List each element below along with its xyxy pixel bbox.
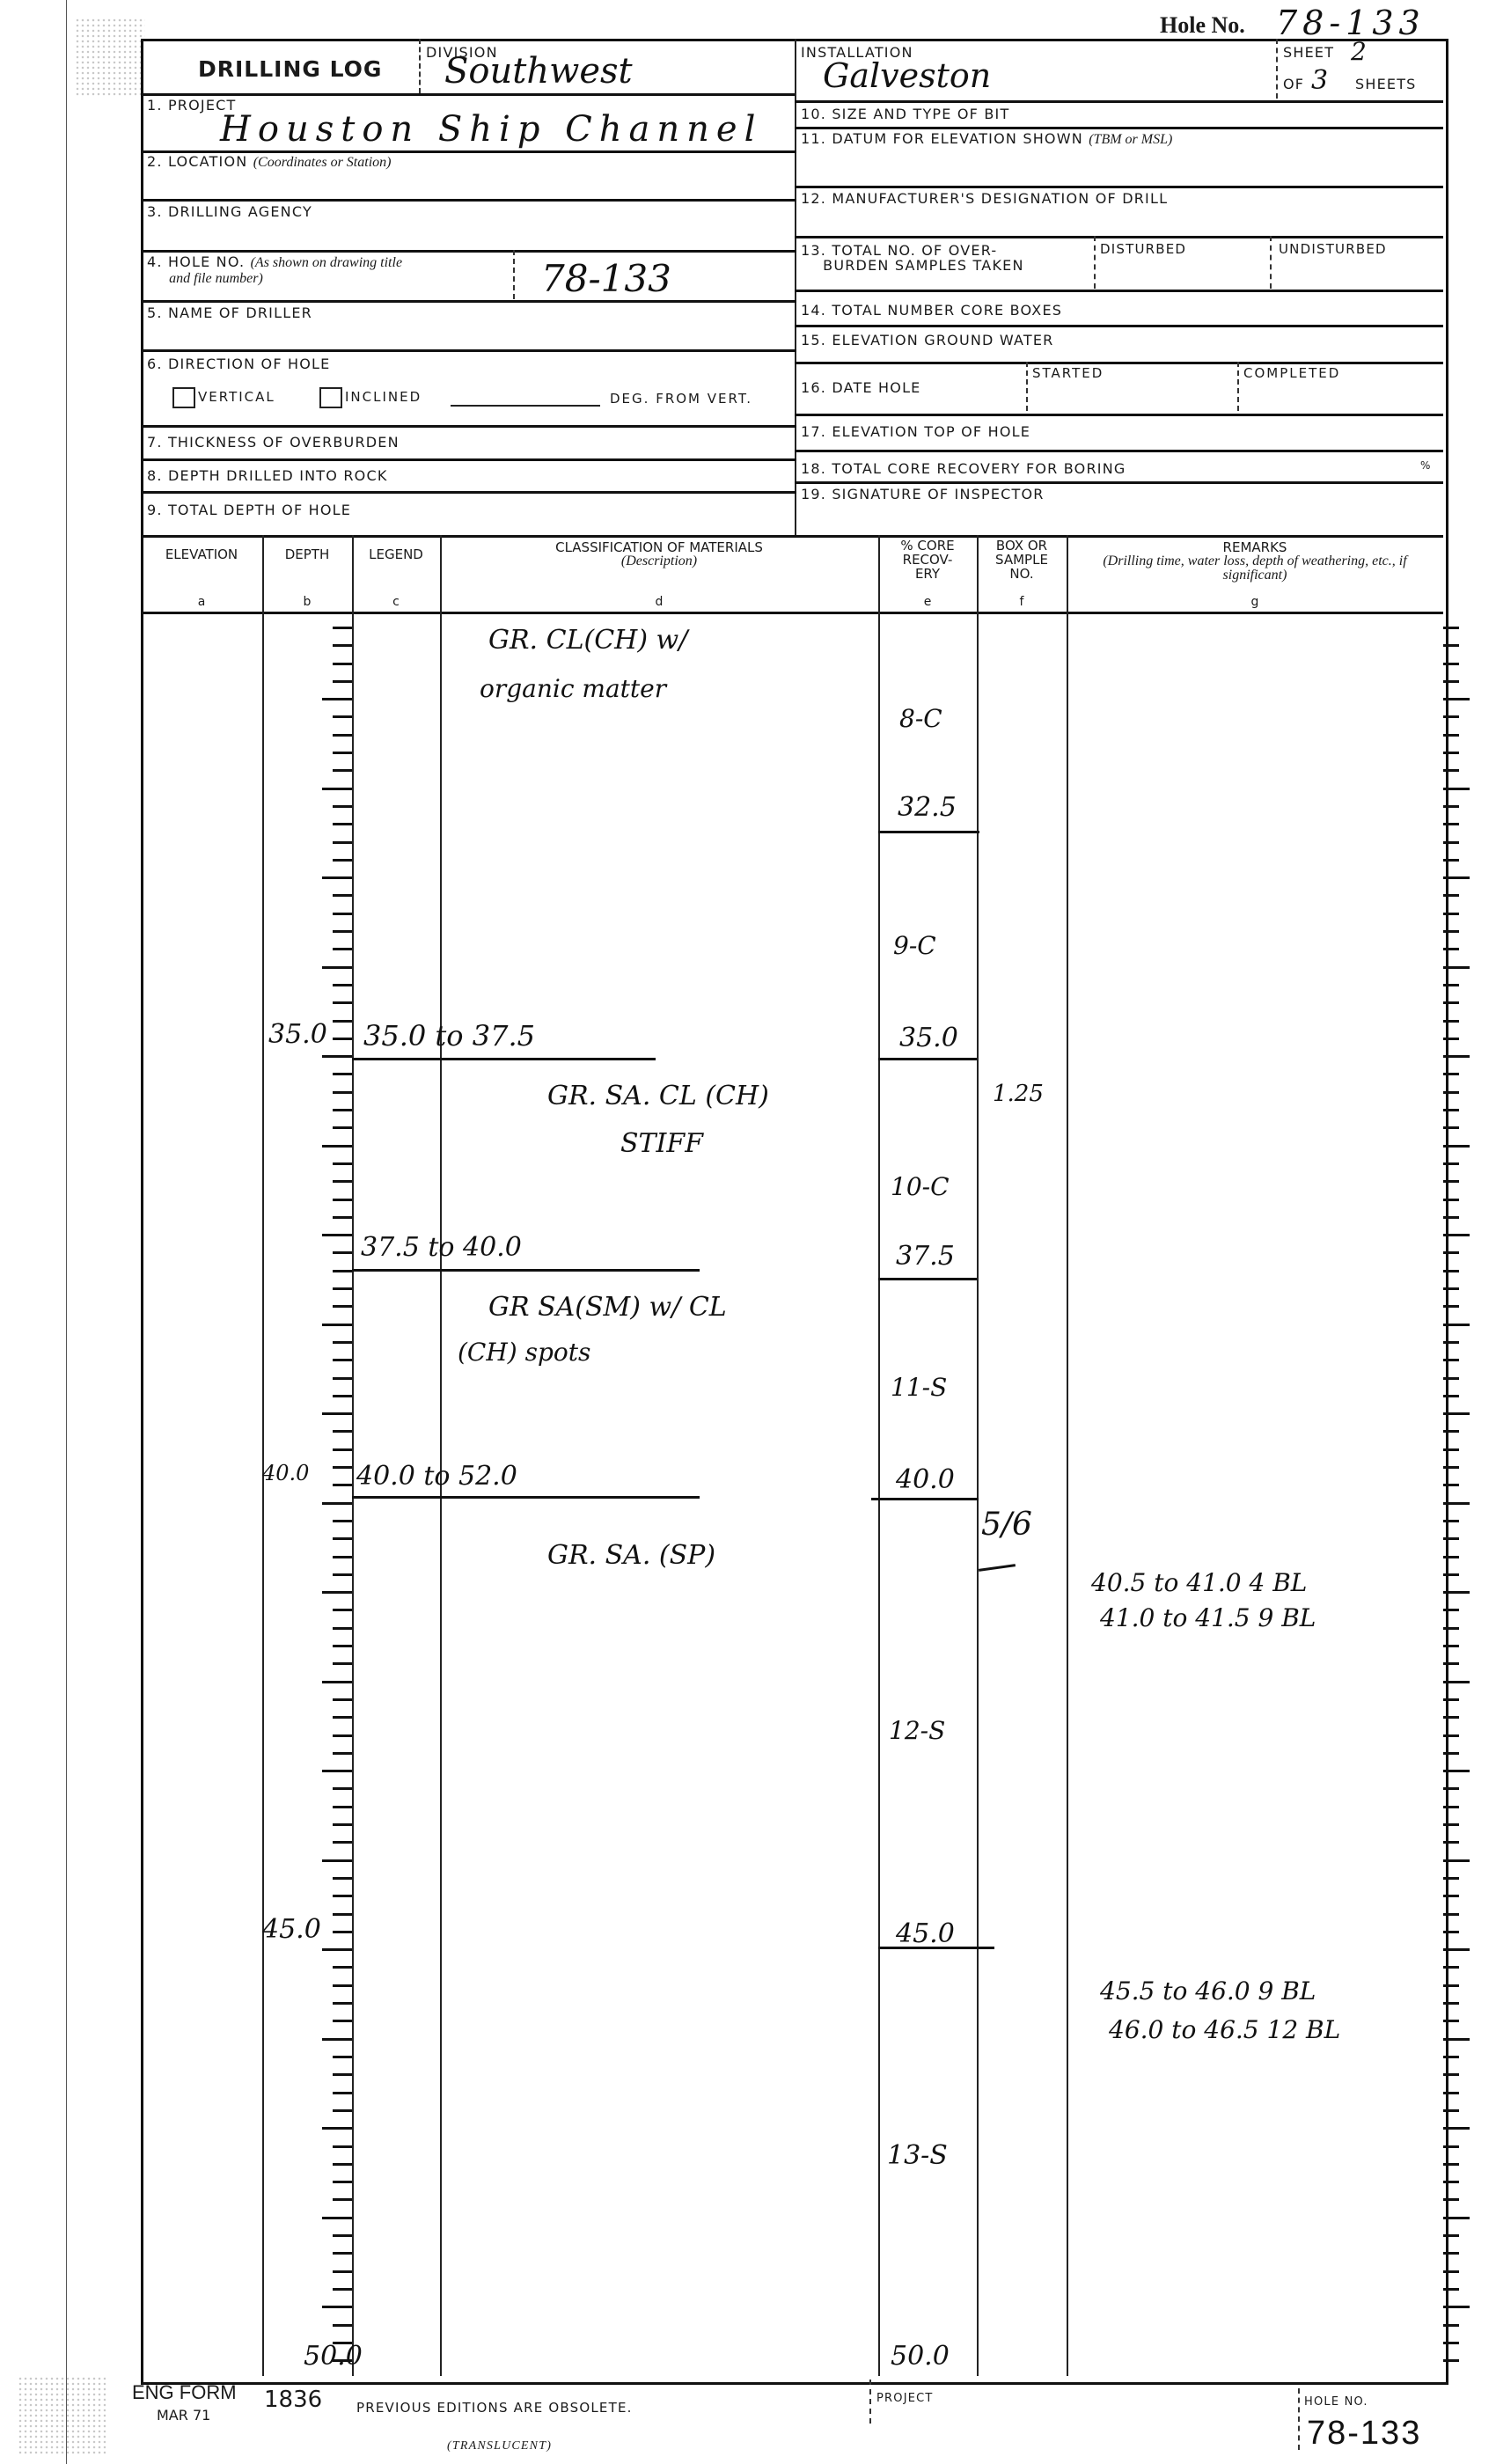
depth-ruler-tick xyxy=(333,1984,352,1987)
completed-label: COMPLETED xyxy=(1243,365,1340,381)
column-subtitle: (Drilling time, water loss, depth of wea… xyxy=(1067,554,1443,583)
recovery-entry: 45.0 xyxy=(896,1918,955,1949)
remarks-ruler-tick xyxy=(1443,1734,1459,1737)
remarks-ruler-tick xyxy=(1443,2252,1459,2255)
remarks-ruler-tick xyxy=(1443,1502,1470,1505)
location-label: 2. LOCATION (Coordinates or Station) xyxy=(147,153,391,171)
column-title: LEGEND xyxy=(352,547,440,561)
depth-ruler-tick xyxy=(333,663,352,665)
translucent-note: (TRANSLUCENT) xyxy=(447,2439,552,2453)
divider xyxy=(795,414,1443,416)
remarks-ruler-tick xyxy=(1443,1234,1470,1236)
remarks-ruler-tick xyxy=(1443,1020,1459,1023)
remarks-ruler-tick xyxy=(1443,715,1459,718)
classification-line: STIFF xyxy=(620,1128,703,1159)
depth-ruler-tick xyxy=(333,913,352,915)
classification-line: GR. SA. (SP) xyxy=(547,1540,715,1571)
recovery-entry: 11-S xyxy=(891,1373,947,1402)
remarks-ruler-tick xyxy=(1443,841,1459,844)
remarks-ruler-tick xyxy=(1443,1948,1470,1951)
column-header: CLASSIFICATION OF MATERIALS(Description)… xyxy=(440,539,878,611)
remarks-ruler-tick xyxy=(1443,1984,1459,1987)
manufacturer-label: 12. MANUFACTURER'S DESIGNATION OF DRILL xyxy=(801,190,1168,207)
depth-ruler-tick xyxy=(333,930,352,933)
depth-ruler-tick xyxy=(333,2198,352,2201)
depth-ruler-tick xyxy=(322,1055,352,1058)
scan-artifact xyxy=(18,2376,106,2455)
remarks-ruler-tick xyxy=(1443,1556,1459,1558)
depth-ruler-tick xyxy=(333,1734,352,1737)
recovery-entry: 12-S xyxy=(889,1716,945,1745)
divider xyxy=(513,250,515,299)
depth-ruler-tick xyxy=(333,1430,352,1433)
divider xyxy=(141,535,1443,538)
depth-ruler-tick xyxy=(333,2252,352,2255)
interval-boundary xyxy=(352,1058,656,1060)
remarks-ruler-tick xyxy=(1443,966,1470,969)
depth-ruler-tick xyxy=(333,841,352,844)
remark-line: 40.5 to 41.0 4 BL xyxy=(1091,1568,1307,1597)
depth-mark-35: 35.0 xyxy=(268,1019,327,1050)
depth-ruler-tick xyxy=(333,1126,352,1129)
column-letter: g xyxy=(1067,595,1443,609)
depth-ruler-tick xyxy=(333,2109,352,2112)
depth-ruler-tick xyxy=(333,1162,352,1165)
remarks-ruler-tick xyxy=(1443,1270,1459,1272)
depth-ruler-tick xyxy=(322,876,352,879)
depth-ruler-tick xyxy=(333,1895,352,1897)
remark-line: 45.5 to 46.0 9 BL xyxy=(1100,1976,1316,2006)
remarks-ruler-tick xyxy=(1443,2002,1459,2005)
remarks-ruler-tick xyxy=(1443,1412,1470,1415)
depth-ruler-tick xyxy=(333,1251,352,1254)
depth-ruler-tick xyxy=(333,2002,352,2005)
column-letter: f xyxy=(977,595,1067,609)
depth-ruler-tick xyxy=(333,2145,352,2148)
depth-ruler-tick xyxy=(333,715,352,718)
depth-ruler-tick xyxy=(322,788,352,790)
started-label: STARTED xyxy=(1032,365,1104,381)
footer-project-label: PROJECT xyxy=(876,2392,934,2405)
remarks-ruler-tick xyxy=(1443,627,1459,629)
divider xyxy=(1094,236,1096,289)
recovery-entry: 8-C xyxy=(899,704,942,733)
remarks-ruler-tick xyxy=(1443,2109,1459,2112)
remarks-ruler-tick xyxy=(1443,1609,1459,1611)
depth-ruler-tick xyxy=(333,2324,352,2327)
remarks-ruler-tick xyxy=(1443,1145,1470,1148)
remarks-ruler-tick xyxy=(1443,788,1470,790)
sheet-value[interactable]: 2 xyxy=(1351,37,1367,66)
depth-ruler-tick xyxy=(333,1556,352,1558)
divider xyxy=(795,362,1443,364)
remarks-ruler-tick xyxy=(1443,913,1459,915)
divider xyxy=(141,458,796,461)
depth-ruler-tick xyxy=(333,1787,352,1790)
remarks-ruler-tick xyxy=(1443,823,1459,825)
depth-ruler-tick xyxy=(322,2306,352,2308)
form-number: 1836 xyxy=(264,2387,322,2413)
depth-ruler-tick xyxy=(322,2127,352,2130)
depth-ruler-tick xyxy=(322,1145,352,1148)
column-letter: d xyxy=(440,595,878,609)
form-title: DRILLING LOG xyxy=(198,56,382,82)
remarks-ruler-tick xyxy=(1443,1341,1459,1344)
depth-ruler-tick xyxy=(333,805,352,808)
remarks-ruler-tick xyxy=(1443,1806,1459,1808)
depth-ruler-tick xyxy=(333,1841,352,1844)
divider xyxy=(1270,236,1272,289)
remarks-ruler-tick xyxy=(1443,1430,1459,1433)
remarks-ruler-tick xyxy=(1443,1573,1459,1576)
column-header: DEPTHb xyxy=(262,539,352,611)
inspector-label: 19. SIGNATURE OF INSPECTOR xyxy=(801,486,1045,502)
depth-ruler-tick xyxy=(322,1324,352,1326)
depth-ruler-tick xyxy=(333,1073,352,1075)
remarks-ruler-tick xyxy=(1443,2217,1470,2219)
deg-from-vert-label: DEG. FROM VERT. xyxy=(610,391,752,407)
column-header: LEGENDc xyxy=(352,539,440,611)
direction-label: 6. DIRECTION OF HOLE xyxy=(147,356,330,372)
divider xyxy=(1237,362,1239,411)
divider xyxy=(141,199,796,202)
depth-ruler-tick xyxy=(333,1520,352,1522)
depth-ruler-tick xyxy=(333,1645,352,1647)
classification-line: GR SA(SM) w/ CL xyxy=(488,1292,727,1323)
of-value[interactable]: 3 xyxy=(1311,65,1328,96)
divider xyxy=(795,236,1443,238)
of-label: OF xyxy=(1283,76,1304,92)
remarks-ruler-tick xyxy=(1443,1395,1459,1397)
depth-ruler-tick xyxy=(333,1466,352,1469)
column-subtitle: (Description) xyxy=(440,554,878,568)
remarks-ruler-tick xyxy=(1443,1698,1459,1701)
remarks-ruler-tick xyxy=(1443,1716,1459,1719)
remarks-ruler-tick xyxy=(1443,1841,1459,1844)
date-hole-label: 16. DATE HOLE xyxy=(801,379,921,396)
remarks-ruler-tick xyxy=(1443,2324,1459,2327)
remarks-ruler-tick xyxy=(1443,734,1459,737)
remarks-ruler-tick xyxy=(1443,930,1459,933)
remarks-ruler-tick xyxy=(1443,680,1459,683)
column-title: DEPTH xyxy=(262,547,352,561)
depth-ruler-tick xyxy=(322,1234,352,1236)
column-divider xyxy=(352,535,354,2376)
remarks-ruler-tick xyxy=(1443,1287,1459,1290)
depth-ruler-tick xyxy=(333,1091,352,1094)
remarks-ruler-tick xyxy=(1443,1537,1459,1540)
inclined-checkbox[interactable] xyxy=(319,387,342,408)
inclined-label: INCLINED xyxy=(345,389,422,405)
remarks-ruler-tick xyxy=(1443,1662,1459,1665)
ground-water-label: 15. ELEVATION GROUND WATER xyxy=(801,332,1053,348)
depth-ruler-tick xyxy=(333,1716,352,1719)
depth-ruler-tick xyxy=(333,1001,352,1004)
depth-ruler-tick xyxy=(333,1270,352,1272)
divider xyxy=(141,93,796,96)
depth-ruler-tick xyxy=(333,1913,352,1916)
top-of-hole-label: 17. ELEVATION TOP OF HOLE xyxy=(801,423,1030,440)
classification-line: organic matter xyxy=(480,674,666,703)
scan-artifact xyxy=(75,18,145,97)
divider xyxy=(869,2380,871,2424)
depth-ruler-tick xyxy=(322,1948,352,1951)
depth-ruler-tick xyxy=(333,1537,352,1540)
column-letter: e xyxy=(878,595,977,609)
remarks-ruler-tick xyxy=(1443,1216,1459,1219)
remarks-ruler-tick xyxy=(1443,859,1459,862)
recovery-boundary xyxy=(871,1498,979,1500)
column-letter: c xyxy=(352,595,440,609)
footer-hole-no-value: 78-133 xyxy=(1307,2415,1421,2453)
recovery-entry: 37.5 xyxy=(896,1241,955,1272)
core-boxes-label: 14. TOTAL NUMBER CORE BOXES xyxy=(801,302,1062,319)
depth-ruler-tick xyxy=(333,1823,352,1826)
depth-ruler-tick xyxy=(322,1859,352,1862)
remarks-ruler-tick xyxy=(1443,1091,1459,1094)
sheet-label: SHEET xyxy=(1283,44,1334,61)
remarks-ruler-tick xyxy=(1443,2038,1470,2041)
depth-ruler-tick xyxy=(333,2234,352,2237)
depth-ruler-tick xyxy=(333,948,352,950)
depth-ruler-tick xyxy=(333,1020,352,1023)
depth-ruler-tick xyxy=(333,734,352,737)
depth-ruler-tick xyxy=(333,1341,352,1344)
divider xyxy=(141,250,796,253)
remarks-ruler-tick xyxy=(1443,1359,1459,1361)
column-divider xyxy=(1067,535,1068,2376)
recovery-boundary xyxy=(878,1058,977,1060)
depth-ruler-tick xyxy=(333,1698,352,1701)
hole-no-field-value[interactable]: 78-133 xyxy=(541,257,671,300)
remarks-ruler-tick xyxy=(1443,1199,1459,1201)
depth-ruler-tick xyxy=(322,966,352,969)
depth-ruler-tick xyxy=(333,859,352,862)
divider xyxy=(1026,362,1028,411)
divider xyxy=(141,349,796,352)
depth-ruler-tick xyxy=(333,1931,352,1933)
remarks-ruler-tick xyxy=(1443,1681,1470,1683)
column-letter: a xyxy=(141,595,262,609)
depth-mark-45: 45.0 xyxy=(262,1914,321,1945)
remarks-ruler-tick xyxy=(1443,1162,1459,1165)
driller-label: 5. NAME OF DRILLER xyxy=(147,304,312,321)
depth-ruler-tick xyxy=(333,752,352,754)
depth-ruler-tick xyxy=(333,1752,352,1755)
remarks-ruler-tick xyxy=(1443,1645,1459,1647)
recovery-entry: 35.0 xyxy=(899,1023,958,1053)
remarks-ruler-tick xyxy=(1443,644,1459,647)
installation-value[interactable]: Galveston xyxy=(823,56,991,95)
remarks-ruler-tick xyxy=(1443,805,1459,808)
obsolete-note: PREVIOUS EDITIONS ARE OBSOLETE. xyxy=(356,2400,633,2416)
depth-ruler-tick xyxy=(333,680,352,683)
depth-ruler-tick xyxy=(333,1966,352,1969)
remarks-ruler-tick xyxy=(1443,2145,1459,2148)
depth-ruler-tick xyxy=(333,1627,352,1630)
recovery-boundary xyxy=(878,1278,977,1280)
rock-depth-label: 8. DEPTH DRILLED INTO ROCK xyxy=(147,467,388,484)
depth-ruler-tick xyxy=(333,1662,352,1665)
depth-ruler-tick xyxy=(333,823,352,825)
depth-ruler-tick xyxy=(333,1305,352,1308)
remarks-ruler-tick xyxy=(1443,752,1459,754)
remarks-ruler-tick xyxy=(1443,2181,1459,2183)
remarks-ruler-tick xyxy=(1443,1109,1459,1111)
classification-line: (CH) spots xyxy=(458,1338,590,1367)
divider xyxy=(795,325,1443,327)
column-header: % CORE RECOV- ERYe xyxy=(878,539,977,611)
depth-ruler-tick xyxy=(333,2288,352,2291)
datum-label: 11. DATUM FOR ELEVATION SHOWN (TBM or MS… xyxy=(801,130,1172,148)
divider xyxy=(1298,2388,1300,2450)
divider xyxy=(795,186,1443,188)
recovery-entry: 32.5 xyxy=(898,792,957,823)
remarks-ruler-tick xyxy=(1443,2306,1470,2308)
recovery-entry: 10-C xyxy=(891,1172,950,1201)
remarks-ruler-tick xyxy=(1443,1251,1459,1254)
remarks-ruler-tick xyxy=(1443,1627,1459,1630)
depth-ruler-tick xyxy=(333,1877,352,1880)
remarks-ruler-tick xyxy=(1443,1180,1459,1183)
remarks-ruler-tick xyxy=(1443,1038,1459,1040)
overburden-label: 7. THICKNESS OF OVERBURDEN xyxy=(147,434,400,451)
depth-ruler-tick xyxy=(333,2163,352,2166)
recovery-entry: 50.0 xyxy=(891,2341,950,2372)
recovery-entry: 40.0 xyxy=(896,1464,955,1495)
remarks-ruler-tick xyxy=(1443,1073,1459,1075)
hole-no-label: Hole No. xyxy=(1160,12,1245,39)
sheets-label: SHEETS xyxy=(1355,76,1417,92)
depth-ruler-tick xyxy=(322,1681,352,1683)
remarks-ruler-tick xyxy=(1443,2127,1470,2130)
column-divider xyxy=(262,535,264,2376)
column-title: BOX OR SAMPLE NO. xyxy=(991,539,1052,581)
form-id: ENG FORM xyxy=(132,2381,237,2404)
remarks-ruler-tick xyxy=(1443,769,1459,772)
column-title: % CORE RECOV- ERY xyxy=(897,539,958,581)
interval-boundary xyxy=(352,1496,700,1499)
remarks-ruler-tick xyxy=(1443,1931,1459,1933)
remarks-ruler-tick xyxy=(1443,2163,1459,2166)
remarks-ruler-tick xyxy=(1443,2234,1459,2237)
interval-range: 40.0 to 52.0 xyxy=(356,1461,517,1492)
degree-input-line[interactable] xyxy=(451,405,600,407)
remarks-ruler-tick xyxy=(1443,1448,1459,1451)
remarks-ruler-tick xyxy=(1443,2198,1459,2201)
depth-ruler-tick xyxy=(333,1573,352,1576)
sample-entry: 5/6 xyxy=(981,1507,1032,1543)
depth-ruler-tick xyxy=(333,2181,352,2183)
column-title: REMARKS xyxy=(1067,540,1443,554)
depth-ruler-tick xyxy=(322,1770,352,1772)
bit-label: 10. SIZE AND TYPE OF BIT xyxy=(801,106,1009,122)
remarks-ruler-tick xyxy=(1443,2270,1459,2273)
remarks-ruler-tick xyxy=(1443,1770,1470,1772)
depth-ruler-tick xyxy=(333,2092,352,2094)
column-divider xyxy=(977,535,979,2376)
remarks-ruler-tick xyxy=(1443,1913,1459,1916)
divider xyxy=(795,450,1443,452)
depth-ruler-tick xyxy=(333,1484,352,1486)
recovery-entry: 9-C xyxy=(893,931,936,960)
remarks-ruler-tick xyxy=(1443,1466,1459,1469)
depth-ruler-tick xyxy=(333,627,352,629)
division-value[interactable]: Southwest xyxy=(444,51,633,92)
remarks-ruler-tick xyxy=(1443,1520,1459,1522)
depth-ruler-tick xyxy=(333,1359,352,1361)
depth-ruler-tick xyxy=(333,2056,352,2058)
vertical-checkbox[interactable] xyxy=(172,387,195,408)
depth-ruler-tick xyxy=(333,644,352,647)
samples-label: 13. TOTAL NO. OF OVER- BURDEN SAMPLES TA… xyxy=(801,243,1024,273)
depth-ruler-tick xyxy=(333,2073,352,2076)
percent-sign: % xyxy=(1420,459,1432,472)
column-title: CLASSIFICATION OF MATERIALS xyxy=(440,540,878,554)
remarks-ruler-tick xyxy=(1443,2056,1459,2058)
remarks-ruler-tick xyxy=(1443,1484,1459,1486)
depth-ruler-tick xyxy=(333,1180,352,1183)
remarks-ruler-tick xyxy=(1443,2073,1459,2076)
column-divider xyxy=(878,535,880,2376)
divider xyxy=(141,491,796,494)
depth-ruler-tick xyxy=(333,984,352,986)
project-value[interactable]: Houston Ship Channel xyxy=(220,109,762,150)
depth-ruler-tick xyxy=(333,894,352,897)
depth-ruler-tick xyxy=(322,2217,352,2219)
remarks-ruler-tick xyxy=(1443,876,1470,879)
remarks-ruler-tick xyxy=(1443,1055,1470,1058)
divider xyxy=(795,481,1443,484)
drilling-agency-label: 3. DRILLING AGENCY xyxy=(147,203,312,220)
depth-mark-40: 40.0 xyxy=(262,1461,309,1485)
divider xyxy=(419,39,421,93)
column-header: REMARKS(Drilling time, water loss, depth… xyxy=(1067,539,1443,611)
footer-hole-no-label: HOLE NO. xyxy=(1304,2395,1368,2409)
remarks-ruler-tick xyxy=(1443,984,1459,986)
interval-range: 35.0 to 37.5 xyxy=(363,1019,535,1052)
remarks-ruler-tick xyxy=(1443,1966,1459,1969)
sample-entry: 1.25 xyxy=(993,1081,1044,1107)
column-title: ELEVATION xyxy=(141,547,262,561)
recovery-boundary xyxy=(878,831,979,833)
column-letter: b xyxy=(262,595,352,609)
remarks-ruler-tick xyxy=(1443,698,1470,700)
interval-boundary xyxy=(352,1269,700,1272)
remarks-ruler-tick xyxy=(1443,1126,1459,1129)
remarks-ruler-tick xyxy=(1443,1752,1459,1755)
remarks-ruler-tick xyxy=(1443,1823,1459,1826)
remarks-ruler-tick xyxy=(1443,2020,1459,2022)
depth-ruler-tick xyxy=(333,1609,352,1611)
divider xyxy=(141,300,796,303)
remarks-ruler-tick xyxy=(1443,2092,1459,2094)
remarks-ruler-tick xyxy=(1443,1787,1459,1790)
disturbed-label: DISTURBED xyxy=(1100,241,1186,257)
depth-ruler-tick xyxy=(322,1591,352,1594)
depth-ruler-tick xyxy=(333,1216,352,1219)
depth-ruler-tick xyxy=(333,1199,352,1201)
remarks-ruler-tick xyxy=(1443,2342,1459,2344)
remarks-ruler-tick xyxy=(1443,1591,1470,1594)
recovery-entry: 13-S xyxy=(887,2140,948,2171)
depth-mark-50: 50.0 xyxy=(304,2341,363,2372)
divider xyxy=(141,425,796,428)
depth-ruler-tick xyxy=(322,1502,352,1505)
recovery-boundary xyxy=(878,1947,994,1949)
classification-line: GR. SA. CL (CH) xyxy=(547,1081,769,1111)
column-header: BOX OR SAMPLE NO.f xyxy=(977,539,1067,611)
